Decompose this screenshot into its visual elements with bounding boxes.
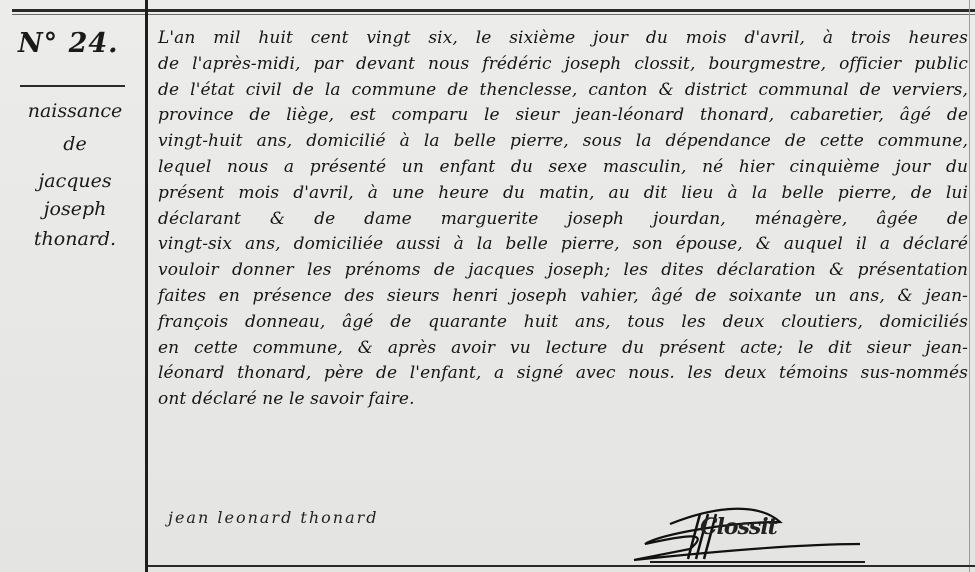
body-line: ont déclaré ne le savoir faire. bbox=[158, 387, 968, 413]
act-body: L'an mil huit cent vingt six, le sixième… bbox=[158, 26, 968, 413]
officer-signature: Clossit bbox=[630, 504, 870, 564]
act-number-underline bbox=[20, 85, 125, 87]
body-line: vingt-huit ans, domicilié à la belle pie… bbox=[158, 129, 968, 155]
body-line: françois donneau, âgé de quarante huit a… bbox=[158, 310, 968, 336]
body-line: lequel nous a présenté un enfant du sexe… bbox=[158, 155, 968, 181]
body-line: de l'après-midi, par devant nous frédéri… bbox=[158, 52, 968, 78]
body-line: déclarant & de dame marguerite joseph jo… bbox=[158, 207, 968, 233]
margin-title-line: jacques bbox=[10, 170, 140, 192]
page-right-edge bbox=[969, 0, 970, 572]
body-line: faites en présence des sieurs henri jose… bbox=[158, 284, 968, 310]
body-line: province de liège, est comparu le sieur … bbox=[158, 103, 968, 129]
act-number: N° 24. bbox=[18, 28, 119, 59]
margin-title-line: thonard. bbox=[10, 228, 140, 250]
margin-title-line: naissance bbox=[10, 100, 140, 122]
body-line: vouloir donner les prénoms de jacques jo… bbox=[158, 258, 968, 284]
margin-divider bbox=[145, 0, 148, 572]
body-line: vingt-six ans, domiciliée aussi à la bel… bbox=[158, 232, 968, 258]
margin-title-line: de bbox=[10, 133, 140, 155]
bottom-rule bbox=[148, 565, 975, 567]
margin-title-line: joseph bbox=[10, 198, 140, 220]
body-line: de l'état civil de la commune de thencle… bbox=[158, 78, 968, 104]
body-line: léonard thonard, père de l'enfant, a sig… bbox=[158, 361, 968, 387]
body-line: L'an mil huit cent vingt six, le sixième… bbox=[158, 26, 968, 52]
margin-column: N° 24. naissance de jacques joseph thona… bbox=[0, 0, 145, 572]
body-line: présent mois d'avril, à une heure du mat… bbox=[158, 181, 968, 207]
top-rule bbox=[12, 9, 975, 12]
father-signature: jean leonard thonard bbox=[168, 508, 379, 527]
body-line: en cette commune, & après avoir vu lectu… bbox=[158, 336, 968, 362]
top-rule-thin bbox=[12, 14, 975, 15]
register-page: N° 24. naissance de jacques joseph thona… bbox=[0, 0, 975, 572]
officer-signature-text: Clossit bbox=[700, 514, 777, 540]
